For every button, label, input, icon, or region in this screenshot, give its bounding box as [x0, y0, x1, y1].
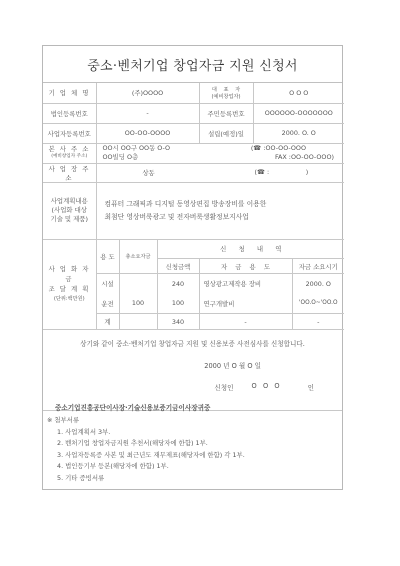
row-amount: 100: [157, 294, 199, 314]
funding-plan-label: 사 업 화 자 금 조 달 계 획 (단위:백만원): [43, 240, 96, 330]
form-title: 중소·벤처기업 창업자금 지원 신청서: [43, 46, 342, 83]
business-plan-content: 컴퓨터 그래픽과 디지털 동영상편집 방송장비를 이용한 최첨단 영상버룩광고 …: [96, 182, 344, 239]
business-plan-row: 사업계획내용 (사업화 대상 기술 및 제품) 컴퓨터 그래픽과 디지털 동영상…: [43, 182, 344, 239]
site-address-value: 상동 (☎ : ): [96, 163, 344, 182]
biz-reg-label: 사업자등록번호: [43, 123, 96, 143]
business-plan-text-line1: 컴퓨터 그래픽과 디지털 동영상편집 방송장비를 이용한: [105, 198, 343, 211]
total-purpose: -: [199, 314, 292, 330]
row-purpose: 연구개발비: [199, 294, 292, 314]
business-plan-label: 사업계획내용 (사업화 대상 기술 및 제품): [43, 182, 96, 239]
biz-reg-value: OO-OO-OOOO: [96, 123, 199, 143]
header-use: 용 도: [96, 240, 119, 274]
representative-label: 대 표 자 (예비창업자): [199, 83, 253, 103]
form-frame: 중소·벤처기업 창업자금 지원 신청서 기 업 체 명 (주)OOOO 대 표 …: [42, 45, 343, 490]
representative-value: O O O: [253, 83, 344, 103]
seal-mark: 인: [308, 382, 314, 392]
application-form: 중소·벤처기업 창업자금 지원 신청서 기 업 체 명 (주)OOOO 대 표 …: [42, 45, 343, 490]
row-timing: 'OO.O~'OO.O: [292, 294, 344, 314]
row-amount: 240: [157, 274, 199, 294]
applicant-label: 신청인: [214, 382, 233, 392]
declaration-section: 상기와 같이 중소·벤처기업 창업자금 지원 및 신용보증 사전심사를 신청합니…: [43, 330, 342, 411]
business-plan-text-line2: 최첨단 영상버룩광고 및 전자버룩생활정보지사업: [105, 211, 343, 224]
company-name-value: (주)OOOO: [96, 83, 199, 103]
row-timing: 2000. O: [292, 274, 344, 294]
attachments-section: ※ 첨부서류 1. 사업계획서 3부. 2. 벤처기업 창업자금지원 추천서(해…: [43, 411, 342, 489]
company-name-label: 기 업 체 명: [43, 83, 96, 103]
business-plan-label-line1: 사업계획내용: [44, 197, 95, 206]
header-amount: 신청금액: [157, 259, 199, 274]
header-purpose: 자 금 용 도: [199, 259, 292, 274]
resident-reg-label: 주민등록번호: [199, 103, 253, 123]
header-timing: 자금 소요시기: [292, 259, 344, 274]
funding-plan-label-unit: (단위:백만원): [45, 294, 94, 304]
total-required: [119, 314, 157, 330]
funding-plan-label-line1: 사 업 화 자 금: [45, 264, 94, 284]
applicant-name: O O O: [251, 382, 279, 392]
corp-reg-row: 법인등록번호 - 주민등록번호 OOOOOO-OOOOOOO: [43, 103, 344, 123]
hq-address-line2: OO빌딩 O층: [103, 153, 139, 162]
founded-label: 설립(예정)일: [199, 123, 253, 143]
representative-label-line1: 대 표 자: [202, 86, 251, 93]
corp-reg-label: 법인등록번호: [43, 103, 96, 123]
hq-address-label-line1: 본 사 주 소: [45, 145, 94, 153]
hq-phone: (☎ :OO-OO-OOO: [251, 144, 306, 153]
site-phone: (☎ : ): [255, 168, 309, 177]
row-use: 운전: [96, 294, 119, 314]
total-use: 계: [96, 314, 119, 330]
company-info-table: 기 업 체 명 (주)OOOO 대 표 자 (예비창업자) O O O 법인등록…: [43, 83, 344, 240]
total-timing: -: [292, 314, 344, 330]
resident-reg-value: OOOOOO-OOOOOOO: [253, 103, 344, 123]
attachments-heading: ※ 첨부서류: [47, 415, 338, 427]
hq-address-line1: OO시 OO구 OO동 O-O: [103, 144, 171, 153]
site-address-row: 사 업 장 주 소 상동 (☎ : ): [43, 163, 344, 182]
attachment-item: 2. 벤처기업 창업자금지원 추천서(해당자에 한함) 1부.: [47, 438, 338, 450]
hq-address-value: OO시 OO구 OO동 O-O (☎ :OO-OO-OOO OO빌딩 O층 FA…: [96, 143, 344, 163]
funding-plan-table: 사 업 화 자 금 조 달 계 획 (단위:백만원) 용 도 총소요자금 신 청…: [43, 240, 344, 331]
business-plan-label-line2: (사업화 대상: [44, 206, 95, 215]
attachment-item: 4. 법인등기부 등본(해당자에 한함) 1부.: [47, 461, 338, 473]
applicant-line: 신청인 O O O 인: [49, 382, 336, 392]
total-amount: 340: [157, 314, 199, 330]
business-plan-label-line3: 기술 및 제품): [44, 215, 95, 224]
attachment-item: 3. 사업자등록증 사본 및 최근년도 재무제표(해당자에 한함) 각 1부.: [47, 450, 338, 462]
site-address-label: 사 업 장 주 소: [43, 163, 96, 182]
representative-label-line2: (예비창업자): [202, 93, 251, 100]
row-total-required: 100: [119, 294, 157, 314]
row-use: 시설: [96, 274, 119, 294]
funding-plan-label-line2: 조 달 계 획: [45, 284, 94, 294]
hq-address-label-line2: (예비창업자 주소): [45, 153, 94, 161]
funding-header-row-1: 사 업 화 자 금 조 달 계 획 (단위:백만원) 용 도 총소요자금 신 청…: [43, 240, 344, 259]
attachment-item: 1. 사업계획서 3부.: [47, 427, 338, 439]
biz-reg-row: 사업자등록번호 OO-OO-OOOO 설립(예정)일 2000. O. O: [43, 123, 344, 143]
row-total-required: [119, 274, 157, 294]
hq-fax: FAX :OO-OO-OOO): [275, 153, 334, 162]
row-purpose: 영상광고제작용 장비: [199, 274, 292, 294]
declaration-date: 2000 년 O 월 O 일: [49, 360, 336, 370]
corp-reg-value: -: [96, 103, 199, 123]
hq-address-row: 본 사 주 소 (예비창업자 주소) OO시 OO구 OO동 O-O (☎ :O…: [43, 143, 344, 163]
header-application-details: 신 청 내 역: [157, 240, 344, 259]
site-address-text: 상동: [99, 168, 199, 177]
header-total-required: 총소요자금: [119, 240, 157, 274]
company-name-row: 기 업 체 명 (주)OOOO 대 표 자 (예비창업자) O O O: [43, 83, 344, 103]
founded-value: 2000. O. O: [253, 123, 344, 143]
attachment-item: 5. 기타 증빙서류: [47, 473, 338, 485]
hq-address-label: 본 사 주 소 (예비창업자 주소): [43, 143, 96, 163]
declaration-statement: 상기와 같이 중소·벤처기업 창업자금 지원 및 신용보증 사전심사를 신청합니…: [49, 338, 336, 348]
